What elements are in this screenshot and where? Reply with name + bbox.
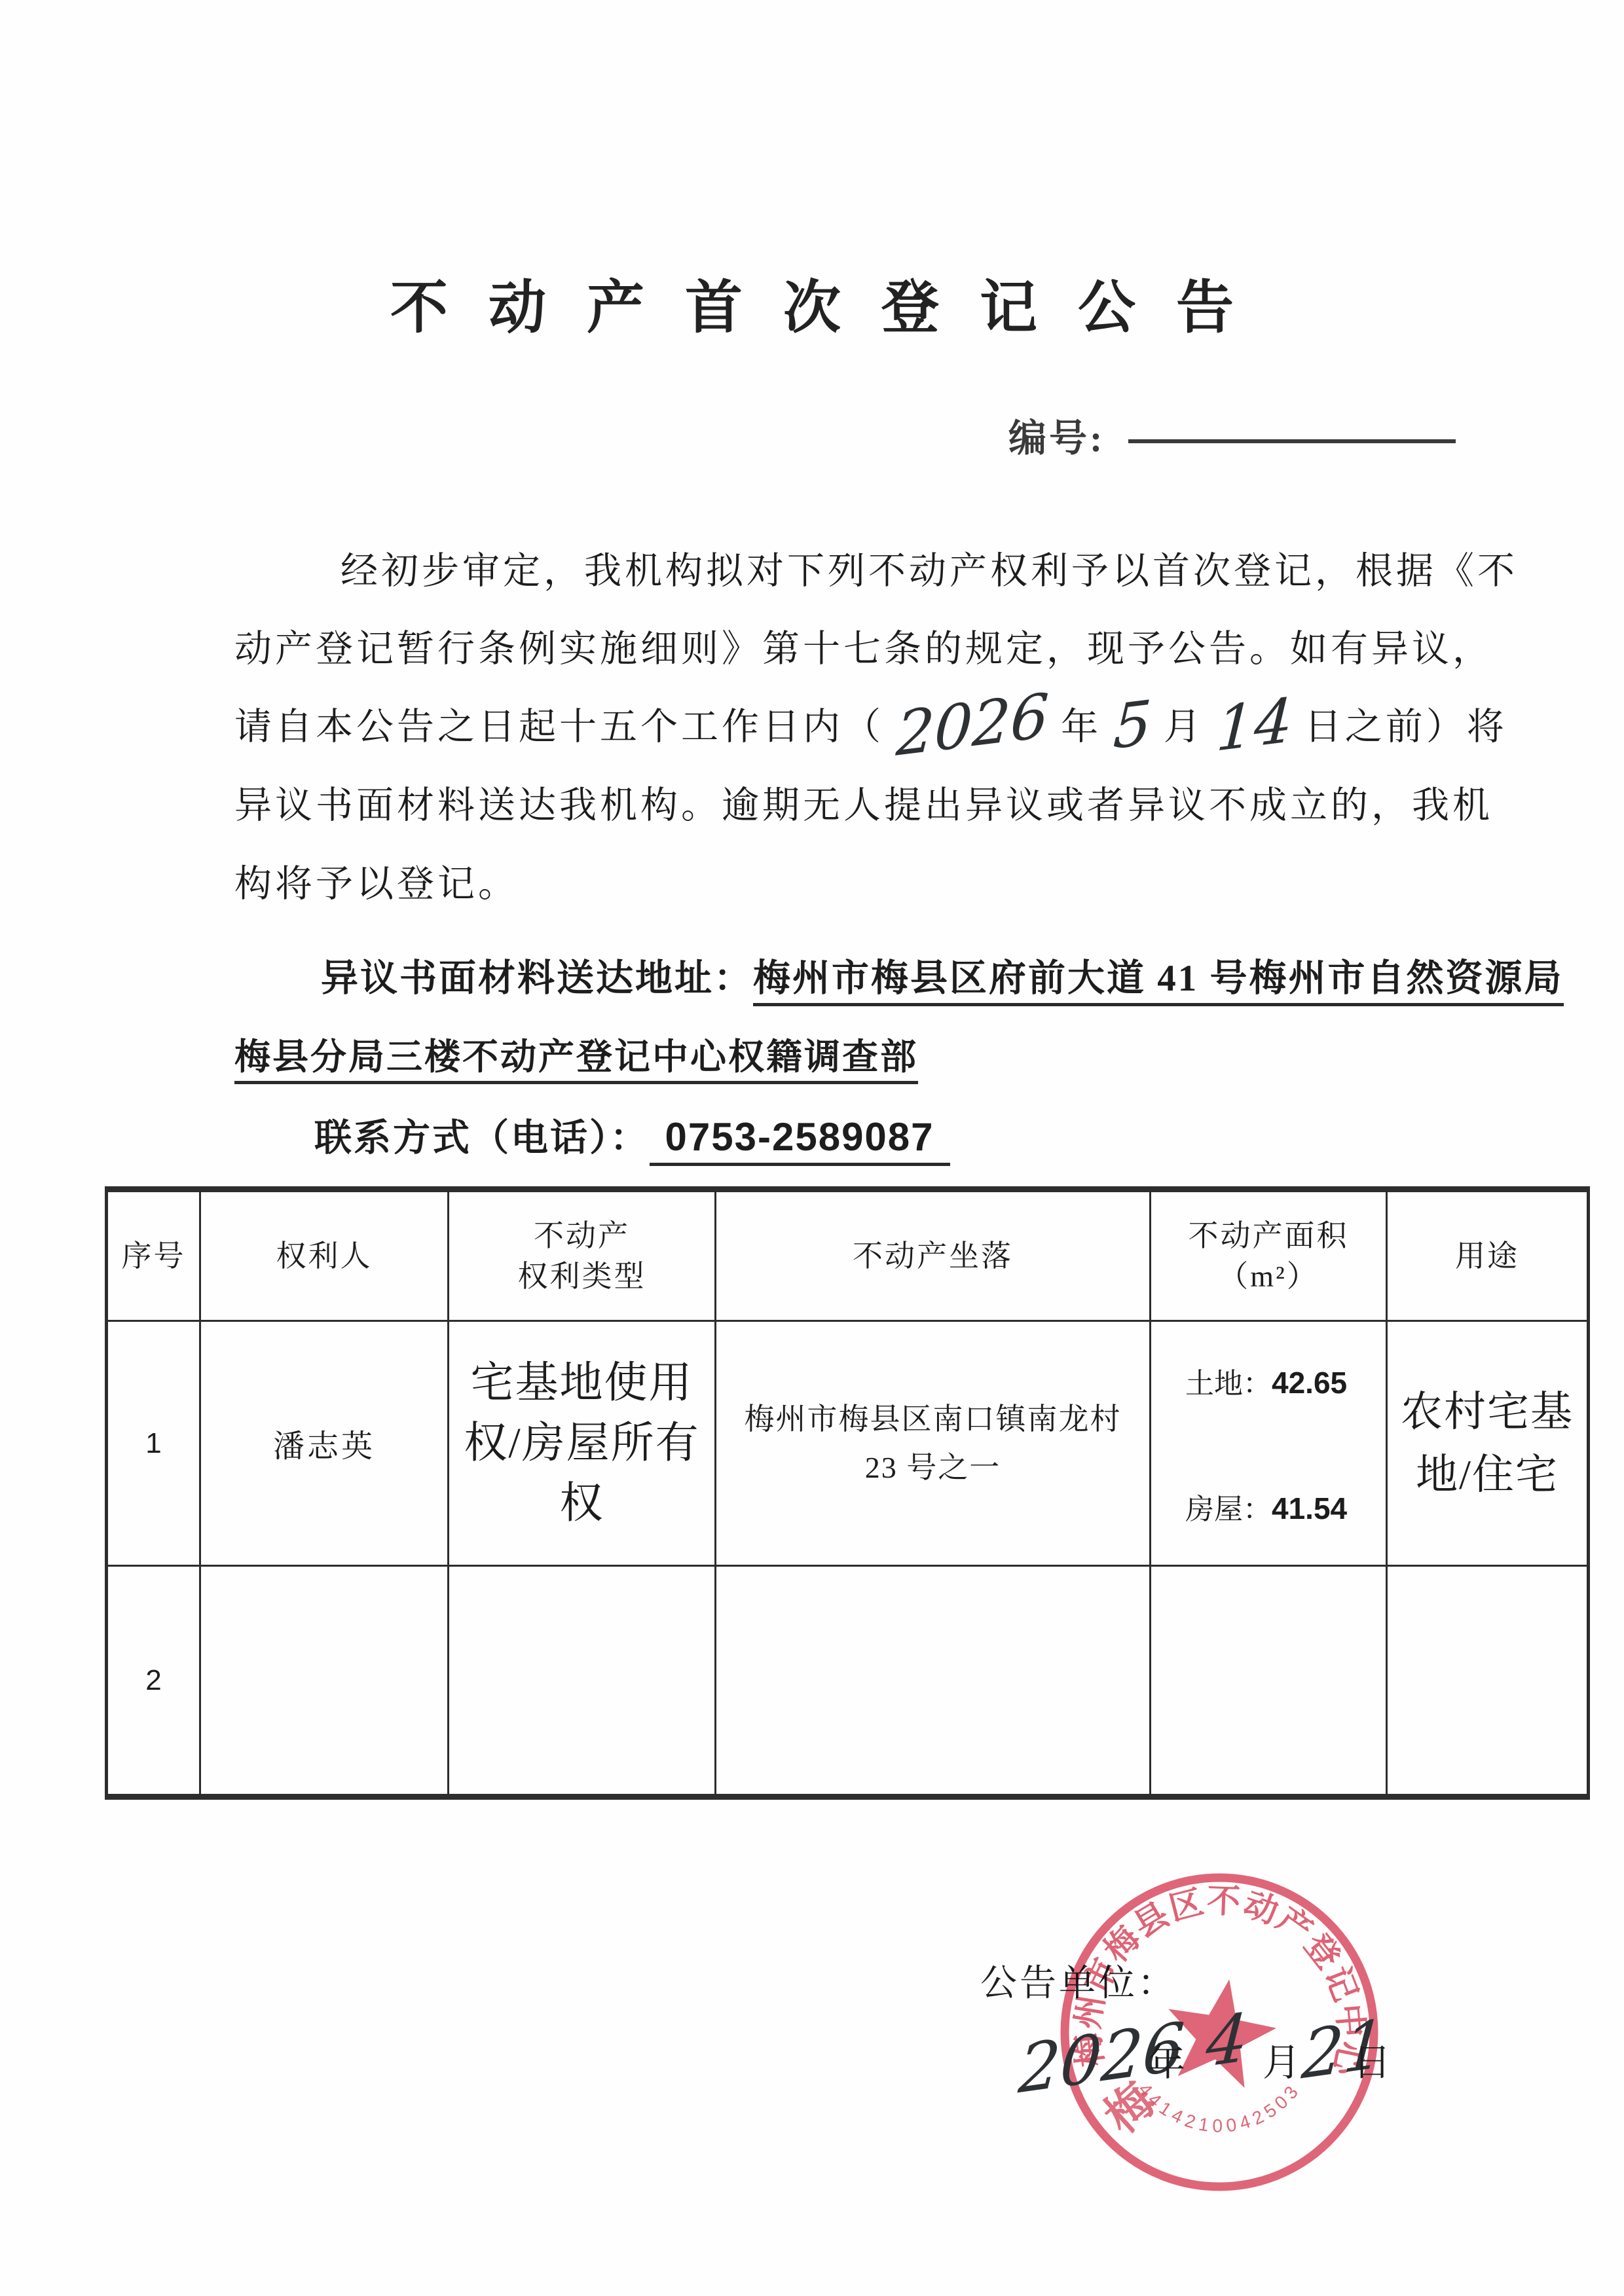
address-line-1: 异议书面材料送达地址：梅州市梅县区府前大道 41 号梅州市自然资源局 [321, 948, 1564, 1002]
row1-area-house-label: 房屋： [1185, 1493, 1272, 1525]
registration-table: 序号 权利人 不动产 权利类型 不动产坐落 不动产面积 （m²） 用途 1 潘志… [105, 1186, 1590, 1800]
address-value-2: 梅县分局三楼不动产登记中心权籍调查部 [234, 1037, 918, 1084]
body-line-2: 动产登记暂行条例实施细则》第十七条的规定，现予公告。如有异议， [234, 627, 1479, 672]
row2-seq: 2 [107, 1566, 200, 1797]
body-line-5: 构将予以登记。 [234, 862, 1479, 907]
footer-year-unit: 年 [1147, 2032, 1185, 2086]
month-unit: 月 [1164, 706, 1204, 748]
row2-usage [1387, 1566, 1589, 1797]
row1-location-line2: 23 号之一 [716, 1444, 1149, 1492]
page-title: 不动产首次登记公告 [0, 262, 1624, 344]
body-line-3-suffix: 日之前）将 [1304, 706, 1507, 748]
header-usage: 用途 [1387, 1190, 1589, 1321]
header-location: 不动产坐落 [716, 1190, 1151, 1321]
year-unit: 年 [1061, 706, 1101, 748]
contact-phone: 0753-2589087 [650, 1115, 950, 1166]
row1-usage: 农村宅基地/住宅 [1387, 1321, 1589, 1566]
body-line-4: 异议书面材料送达我机构。逾期无人提出异议或者异议不成立的，我机 [234, 783, 1479, 829]
header-area-line1: 不动产面积 [1151, 1216, 1386, 1256]
body-line-1: 经初步审定，我机构拟对下列不动产权利予以首次登记，根据《不 [341, 549, 1585, 594]
address-line-2: 梅县分局三楼不动产登记中心权籍调查部 [234, 1028, 918, 1080]
number-row: 编号: [1008, 407, 1456, 462]
row1-area-land-value: 42.65 [1272, 1366, 1347, 1400]
row2-area [1151, 1566, 1387, 1797]
footer-month-unit: 月 [1263, 2032, 1301, 2086]
table-row: 2 [107, 1566, 1589, 1797]
contact-label: 联系方式（电话）： [314, 1118, 650, 1159]
row1-seq: 1 [107, 1321, 200, 1566]
row1-location-line1: 梅州市梅县区南口镇南龙村 [716, 1395, 1149, 1444]
header-owner: 权利人 [200, 1190, 449, 1321]
header-area: 不动产面积 （m²） [1151, 1190, 1387, 1321]
row1-location: 梅州市梅县区南口镇南龙村 23 号之一 [716, 1321, 1151, 1566]
row1-area-house-value: 41.54 [1272, 1491, 1347, 1525]
row1-area: 土地：42.65 房屋：41.54 [1151, 1321, 1387, 1566]
footer-day-unit: 日 [1353, 2032, 1391, 2086]
row1-area-land: 土地：42.65 [1185, 1360, 1347, 1402]
handwritten-footer-month: 4 [1204, 1998, 1250, 2082]
header-seq: 序号 [107, 1190, 200, 1321]
address-value-1: 梅州市梅县区府前大道 41 号梅州市自然资源局 [753, 958, 1564, 1006]
row1-area-land-label: 土地： [1185, 1368, 1272, 1400]
handwritten-day: 14 [1215, 701, 1293, 750]
row2-location [716, 1566, 1151, 1797]
row1-area-cell: 土地：42.65 房屋：41.54 [1151, 1322, 1386, 1565]
handwritten-month: 5 [1113, 703, 1153, 748]
header-right-type-line1: 不动产 [449, 1216, 714, 1256]
address-label: 异议书面材料送达地址： [321, 958, 753, 999]
table-row: 1 潘志英 宅基地使用权/房屋所有权 梅州市梅县区南口镇南龙村 23 号之一 土… [107, 1321, 1589, 1566]
table-header-row: 序号 权利人 不动产 权利类型 不动产坐落 不动产面积 （m²） 用途 [107, 1190, 1589, 1321]
contact-row: 联系方式（电话）：0753-2589087 [314, 1108, 950, 1161]
row1-owner: 潘志英 [200, 1321, 449, 1566]
body-line-3-prefix: 请自本公告之日起十五个工作日内（ [234, 706, 884, 748]
header-right-type: 不动产 权利类型 [449, 1190, 716, 1321]
number-blank-line [1128, 437, 1456, 443]
row1-right-type: 宅基地使用权/房屋所有权 [449, 1321, 716, 1566]
handwritten-year: 2026 [895, 696, 1050, 754]
row1-area-house: 房屋：41.54 [1185, 1485, 1347, 1527]
row2-right-type [449, 1566, 716, 1797]
row2-owner [200, 1566, 449, 1797]
header-area-line2: （m²） [1151, 1256, 1386, 1297]
body-line-3: 请自本公告之日起十五个工作日内（2026年5月14日之前）将 [234, 704, 1479, 750]
number-label: 编号: [1008, 417, 1105, 460]
document-page: 不动产首次登记公告 编号: 经初步审定，我机构拟对下列不动产权利予以首次登记，根… [0, 0, 1624, 2296]
header-right-type-line2: 权利类型 [449, 1256, 714, 1297]
